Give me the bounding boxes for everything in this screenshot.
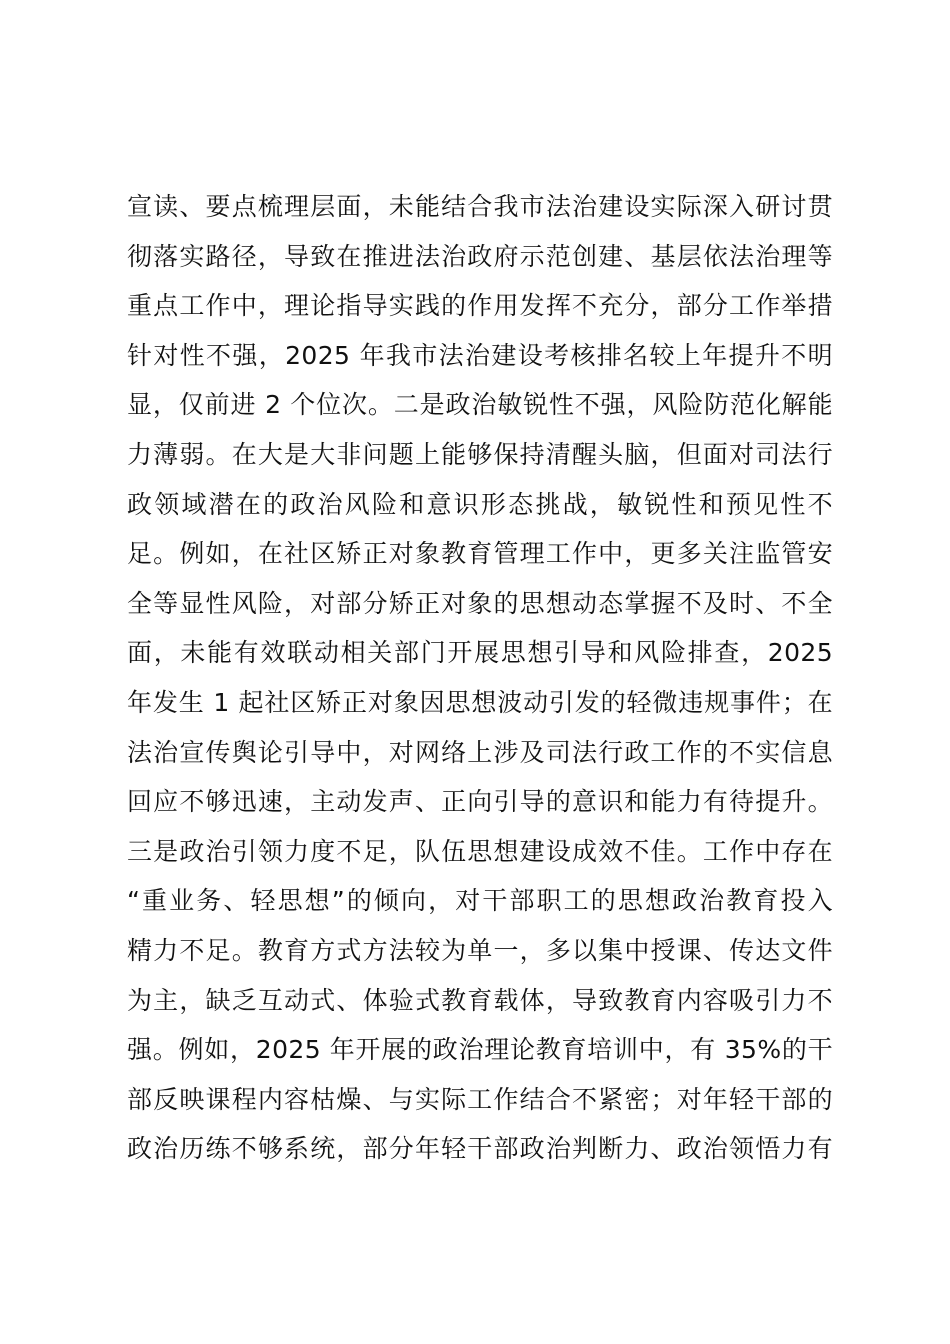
text-line: 力薄弱。在大是大非问题上能够保持清醒头脑，但面对司法行	[127, 430, 833, 480]
text-line: 重点工作中，理论指导实践的作用发挥不充分，部分工作举措	[127, 281, 833, 331]
text-line: 部反映课程内容枯燥、与实际工作结合不紧密；对年轻干部的	[127, 1075, 833, 1125]
document-page: 宣读、要点梳理层面，未能结合我市法治建设实际深入研讨贯 彻落实路径，导致在推进法…	[0, 0, 950, 1344]
text-line: 精力不足。教育方式方法较为单一，多以集中授课、传达文件	[127, 926, 833, 976]
text-line: 法治宣传舆论引导中，对网络上涉及司法行政工作的不实信息	[127, 728, 833, 778]
text-line: 足。例如，在社区矫正对象教育管理工作中，更多关注监管安	[127, 529, 833, 579]
text-line: 宣读、要点梳理层面，未能结合我市法治建设实际深入研讨贯	[127, 182, 833, 232]
text-line: 强。例如，2025 年开展的政治理论教育培训中，有 35%的干	[127, 1025, 833, 1075]
text-line: 针对性不强，2025 年我市法治建设考核排名较上年提升不明	[127, 331, 833, 381]
text-line: 年发生 1 起社区矫正对象因思想波动引发的轻微违规事件；在	[127, 678, 833, 728]
text-line: 全等显性风险，对部分矫正对象的思想动态掌握不及时、不全	[127, 579, 833, 629]
text-line: 回应不够迅速，主动发声、正向引导的意识和能力有待提升。	[127, 777, 833, 827]
text-line: 政治历练不够系统，部分年轻干部政治判断力、政治领悟力有	[127, 1124, 833, 1174]
text-line: “重业务、轻思想”的倾向，对干部职工的思想政治教育投入	[127, 876, 833, 926]
text-line: 彻落实路径，导致在推进法治政府示范创建、基层依法治理等	[127, 232, 833, 282]
text-line: 为主，缺乏互动式、体验式教育载体，导致教育内容吸引力不	[127, 976, 833, 1026]
text-line: 显，仅前进 2 个位次。二是政治敏锐性不强，风险防范化解能	[127, 380, 833, 430]
body-paragraph: 宣读、要点梳理层面，未能结合我市法治建设实际深入研讨贯 彻落实路径，导致在推进法…	[127, 182, 833, 1174]
text-line: 三是政治引领力度不足，队伍思想建设成效不佳。工作中存在	[127, 827, 833, 877]
text-line: 面，未能有效联动相关部门开展思想引导和风险排查，2025	[127, 628, 833, 678]
text-line: 政领域潜在的政治风险和意识形态挑战，敏锐性和预见性不	[127, 480, 833, 530]
